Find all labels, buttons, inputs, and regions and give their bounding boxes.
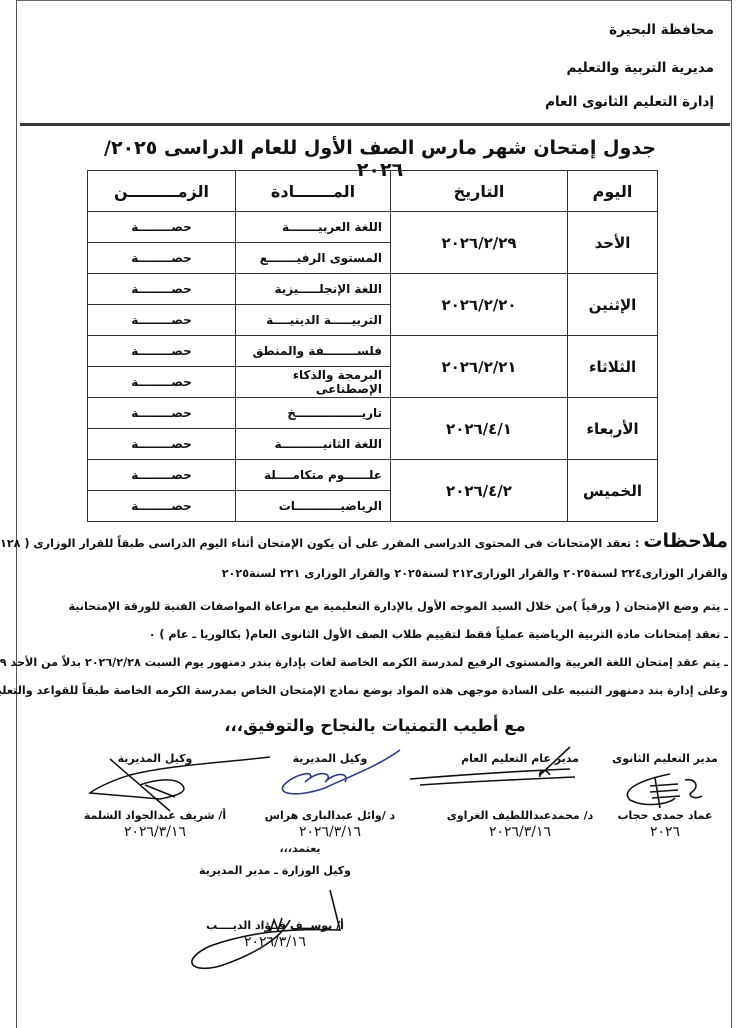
duration-cell: حصــــــــة: [88, 460, 236, 491]
date-cell: ٢٠٢٦/٢/٢١: [391, 336, 568, 398]
table-row: الإثنين ٢٠٢٦/٢/٢٠ اللغة الإنجلـــــيزية …: [88, 274, 658, 305]
date-cell: ٢٠٢٦/٤/١: [391, 398, 568, 460]
date-cell: ٢٠٢٦/٤/٢: [391, 460, 568, 522]
duration-cell: حصــــــــة: [88, 305, 236, 336]
signature-date: ٢٠٢٦/٣/١٦: [420, 824, 620, 840]
exam-schedule-document: محافظة البحيرة مديرية التربية والتعليم إ…: [0, 0, 750, 1028]
subject-cell: اللغة الثانيــــــــــة: [236, 429, 391, 460]
date-cell: ٢٠٢٦/٢/٢٩: [391, 212, 568, 274]
table-row: الأحد ٢٠٢٦/٢/٢٩ اللغة العربيـــــــة حصـ…: [88, 212, 658, 243]
column-header-day: اليوم: [568, 171, 658, 212]
table-row: الخميس ٢٠٢٦/٤/٢ علــــــوم متكامــــلة ح…: [88, 460, 658, 491]
notes-line-3: ـ يتم وضع الإمتحان ( ورقياً )من خلال الس…: [69, 600, 729, 613]
notes-text: : تعقد الإمتحانات فى المحتوى الدراسى الم…: [0, 537, 639, 550]
signer-role: وكيل المديرية: [250, 752, 410, 765]
duration-cell: حصــــــــة: [88, 274, 236, 305]
column-header-subject: المـــــــادة: [236, 171, 391, 212]
page-frame-right: [731, 0, 732, 1028]
table-row: الأربعاء ٢٠٢٦/٤/١ تاريــــــــــــــــخ …: [88, 398, 658, 429]
page-frame-left: [16, 0, 17, 1028]
signature-date: ٢٠٢٦/٣/١٦: [70, 824, 240, 840]
notes-line-5: ـ يتم عقد إمتحان اللغة العربية والمستوى …: [0, 656, 728, 669]
directorate-label: مديرية التربية والتعليم: [567, 60, 714, 76]
signer-name: أ/ يوســف فــؤاد الديــــب: [150, 919, 400, 932]
subject-cell: البرمجة والذكاء الإصطناعى: [236, 367, 391, 398]
notes-line-1: ملاحظات : تعقد الإمتحانات فى المحتوى الد…: [0, 530, 728, 552]
signature-date: ٢٠٢٦/٣/١٦: [150, 934, 400, 950]
signature-block-deputy-1: وكيل المديرية د /وائل عبدالبارى هراس ٢٠٢…: [250, 752, 410, 840]
duration-cell: حصــــــــة: [88, 491, 236, 522]
signature-block-deputy-2: وكيل المديرية أ/ شريف عبدالجواد الشلمة ٢…: [70, 752, 240, 840]
day-cell: الإثنين: [568, 274, 658, 336]
subject-cell: المستوى الرفيـــــــع: [236, 243, 391, 274]
signer-role: وكيل الوزارة ـ مدير المديرية: [150, 864, 400, 877]
day-cell: الخميس: [568, 460, 658, 522]
administration-label: إدارة التعليم الثانوى العام: [545, 94, 714, 110]
subject-cell: اللغة العربيـــــــة: [236, 212, 391, 243]
governorate-label: محافظة البحيرة: [609, 22, 714, 38]
subject-cell: تاريــــــــــــــــخ: [236, 398, 391, 429]
page-frame-top: [16, 0, 732, 1]
day-cell: الأحد: [568, 212, 658, 274]
signer-name: د /وائل عبدالبارى هراس: [250, 809, 410, 822]
duration-cell: حصــــــــة: [88, 212, 236, 243]
day-cell: الثلاثاء: [568, 336, 658, 398]
duration-cell: حصــــــــة: [88, 243, 236, 274]
signer-name: أ/ شريف عبدالجواد الشلمة: [70, 809, 240, 822]
notes-heading: ملاحظات: [643, 530, 728, 552]
table-row: الثلاثاء ٢٠٢٦/٢/٢١ فلســــــــفة والمنطق…: [88, 336, 658, 367]
closing-wishes: مع أطيب التمنيات بالنجاح والتوفيق،،،: [200, 716, 550, 735]
subject-cell: اللغة الإنجلـــــيزية: [236, 274, 391, 305]
subject-cell: علــــــوم متكامــــلة: [236, 460, 391, 491]
signature-block-general-director: مدير عام التعليم العام د/ محمدعبداللطيف …: [420, 752, 620, 840]
subject-cell: التربيـــــة الدينيــــة: [236, 305, 391, 336]
duration-cell: حصــــــــة: [88, 336, 236, 367]
notes-line-6: وعلى إدارة بند دمنهور التنبيه على السادة…: [0, 684, 728, 697]
signer-role: وكيل المديرية: [70, 752, 240, 765]
exam-schedule-table: اليوم التاريخ المـــــــادة الزمــــــــ…: [87, 170, 658, 522]
duration-cell: حصــــــــة: [88, 429, 236, 460]
signer-role: مدير عام التعليم العام: [420, 752, 620, 765]
notes-line-2: والقرار الوزارى٢٢٤ لسنة٢٠٢٥ والقرار الوز…: [222, 567, 728, 580]
signature-date: ٢٠٢٦/٣/١٦: [250, 824, 410, 840]
column-header-date: التاريخ: [391, 171, 568, 212]
day-cell: الأربعاء: [568, 398, 658, 460]
table-header-row: اليوم التاريخ المـــــــادة الزمــــــــ…: [88, 171, 658, 212]
subject-cell: الرياضيـــــــــــات: [236, 491, 391, 522]
signature-block-undersecretary: وكيل الوزارة ـ مدير المديرية أ/ يوســف ف…: [150, 864, 400, 950]
notes-line-4: ـ تعقد إمتحانات مادة التربية الرياضية عم…: [149, 628, 728, 641]
duration-cell: حصــــــــة: [88, 398, 236, 429]
column-header-duration: الزمـــــــــن: [88, 171, 236, 212]
header-divider: [20, 123, 730, 126]
approval-label: يعتمد،،،: [230, 842, 370, 855]
date-cell: ٢٠٢٦/٢/٢٠: [391, 274, 568, 336]
subject-cell: فلســــــــفة والمنطق: [236, 336, 391, 367]
duration-cell: حصــــــــة: [88, 367, 236, 398]
signer-name: د/ محمدعبداللطيف الغراوى: [420, 809, 620, 822]
